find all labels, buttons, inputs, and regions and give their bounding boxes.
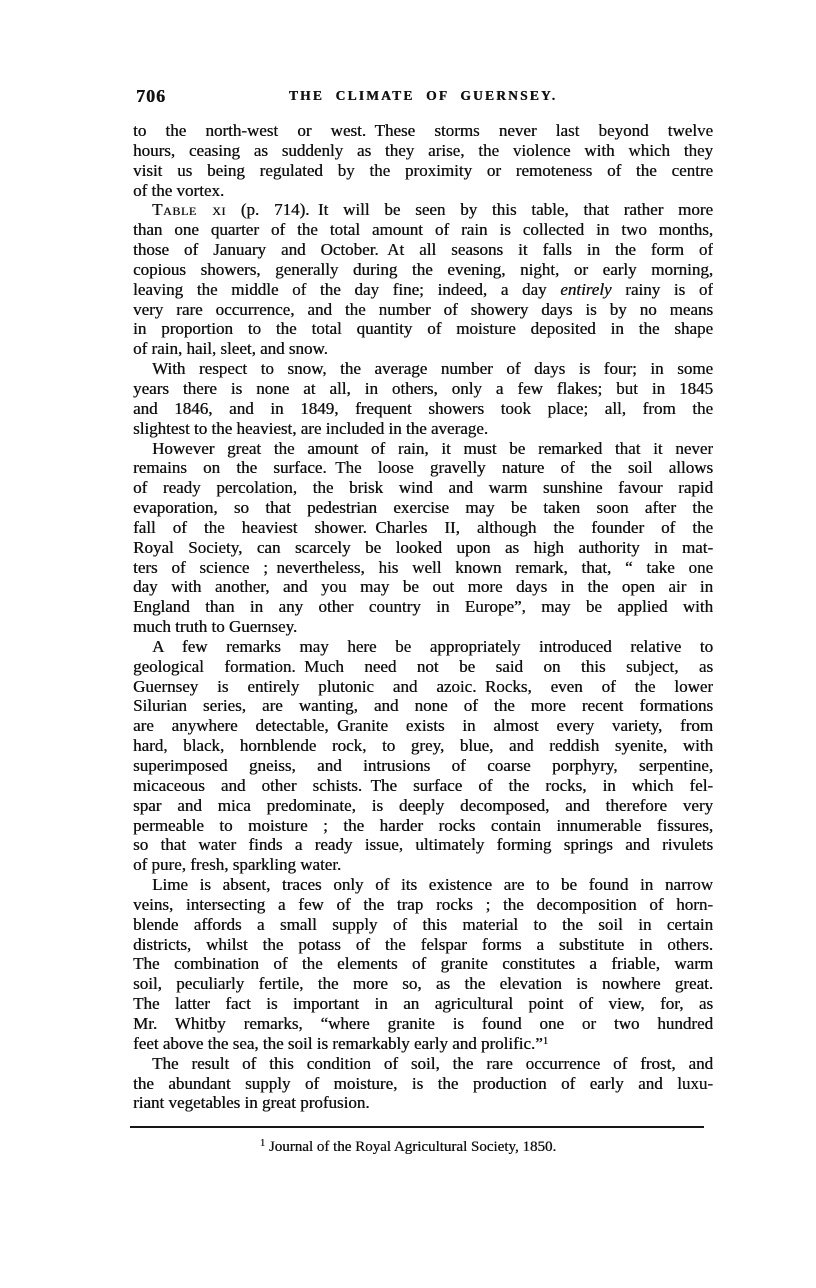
text-line: the abundant supply of moisture, is the …	[133, 1074, 713, 1094]
text-line: of pure, fresh, sparkling water.	[133, 855, 713, 875]
text-line: of ready percolation, the brisk wind and…	[133, 478, 713, 498]
text-line: superimposed gneiss, and intrusions of c…	[133, 756, 713, 776]
text-segment: A few remarks may here be appropriately …	[152, 637, 713, 656]
text-line: The latter fact is important in an agric…	[133, 994, 713, 1014]
text-line: in proportion to the total quantity of m…	[133, 319, 713, 339]
text-line: districts, whilst the potass of the fels…	[133, 935, 713, 955]
scanned-book-page: 706 THE CLIMATE OF GUERNSEY. to the nort…	[0, 0, 816, 1288]
text-line: soil, peculiarly fertile, the more so, a…	[133, 974, 713, 994]
text-line: blende affords a small supply of this ma…	[133, 915, 713, 935]
text-line: and 1846, and in 1849, frequent showers …	[133, 399, 713, 419]
text-segment: the abundant supply of moisture, is the …	[133, 1074, 713, 1093]
text-line: ters of science ; nevertheless, his well…	[133, 558, 713, 578]
text-line: geological formation. Much need not be s…	[133, 657, 713, 677]
text-line: However great the amount of rain, it mus…	[133, 439, 713, 459]
text-segment: blende affords a small supply of this ma…	[133, 915, 713, 934]
text-line: Guernsey is entirely plutonic and azoic.…	[133, 677, 713, 697]
footnote-rule	[130, 1126, 704, 1128]
text-line: visit us being regulated by the proximit…	[133, 161, 713, 181]
text-segment: hours, ceasing as suddenly as they arise…	[133, 141, 713, 160]
text-segment: The latter fact is important in an agric…	[133, 994, 713, 1013]
text-segment: very rare occurrence, and the number of …	[133, 300, 713, 319]
paragraph: With respect to snow, the average number…	[133, 359, 713, 438]
text-line: Table xi (p. 714). It will be seen by th…	[133, 200, 713, 220]
text-line: England than in any other country in Eur…	[133, 597, 713, 617]
text-line: than one quarter of the total amount of …	[133, 220, 713, 240]
text-segment: of pure, fresh, sparkling water.	[133, 855, 341, 874]
text-line: copious showers, generally during the ev…	[133, 260, 713, 280]
text-line: slightest to the heaviest, are included …	[133, 419, 713, 439]
text-line: those of January and October. At all sea…	[133, 240, 713, 260]
text-line: Silurian series, are wanting, and none o…	[133, 696, 713, 716]
text-segment: of rain, hail, sleet, and snow.	[133, 339, 328, 358]
text-line: of the vortex.	[133, 181, 713, 201]
text-segment: Mr. Whitby remarks, “where granite is fo…	[133, 1014, 713, 1033]
text-segment: England than in any other country in Eur…	[133, 597, 713, 616]
text-segment: leaving the middle of the day fine; inde…	[133, 280, 560, 299]
text-segment: fall of the heaviest shower. Charles II,…	[133, 518, 713, 537]
text-segment: evaporation, so that pedestrian exercise…	[133, 498, 713, 517]
paragraph: Table xi (p. 714). It will be seen by th…	[133, 200, 713, 359]
text-segment: to the north-west or west. These storms …	[133, 121, 713, 140]
text-segment: Guernsey is entirely plutonic and azoic.…	[133, 677, 713, 696]
text-segment: With respect to snow, the average number…	[152, 359, 713, 378]
body-text: to the north-west or west. These storms …	[133, 121, 713, 1113]
text-line: With respect to snow, the average number…	[133, 359, 713, 379]
text-segment: in proportion to the total quantity of m…	[133, 319, 713, 338]
text-line: day with another, and you may be out mor…	[133, 577, 713, 597]
text-segment: remains on the surface. The loose gravel…	[133, 458, 713, 477]
text-line: Royal Society, can scarcely be looked up…	[133, 538, 713, 558]
paragraph: Lime is absent, traces only of its exist…	[133, 875, 713, 1054]
text-segment: However great the amount of rain, it mus…	[152, 439, 713, 458]
text-segment: geological formation. Much need not be s…	[133, 657, 713, 676]
text-line: to the north-west or west. These storms …	[133, 121, 713, 141]
paragraph: The result of this condition of soil, th…	[133, 1054, 713, 1114]
text-segment: The result of this condition of soil, th…	[152, 1054, 713, 1073]
text-line: leaving the middle of the day fine; inde…	[133, 280, 713, 300]
text-segment: visit us being regulated by the proximit…	[133, 161, 713, 180]
text-segment: rainy is of	[612, 280, 714, 299]
text-segment: superimposed gneiss, and intrusions of c…	[133, 756, 713, 775]
text-line: Lime is absent, traces only of its exist…	[133, 875, 713, 895]
text-segment: spar and mica predominate, is deeply dec…	[133, 796, 713, 815]
text-line: The result of this condition of soil, th…	[133, 1054, 713, 1074]
text-line: hard, black, hornblende rock, to grey, b…	[133, 736, 713, 756]
running-title: THE CLIMATE OF GUERNSEY.	[133, 88, 713, 104]
text-line: Mr. Whitby remarks, “where granite is fo…	[133, 1014, 713, 1034]
text-segment: permeable to moisture ; the harder rocks…	[133, 816, 713, 835]
text-line: very rare occurrence, and the number of …	[133, 300, 713, 320]
footnote-text: Journal of the Royal Agricultural Societ…	[265, 1139, 556, 1155]
text-line: hours, ceasing as suddenly as they arise…	[133, 141, 713, 161]
text-segment: years there is none at all, in others, o…	[133, 379, 713, 398]
text-line: micaceous and other schists. The surface…	[133, 776, 713, 796]
text-line: The combination of the elements of grani…	[133, 954, 713, 974]
text-segment: ters of science ; nevertheless, his well…	[133, 558, 713, 577]
paragraph: However great the amount of rain, it mus…	[133, 439, 713, 637]
text-line: much truth to Guernsey.	[133, 617, 713, 637]
text-segment: feet above the sea, the soil is remarkab…	[133, 1034, 543, 1053]
text-segment: districts, whilst the potass of the fels…	[133, 935, 713, 954]
text-line: spar and mica predominate, is deeply dec…	[133, 796, 713, 816]
text-segment: veins, intersecting a few of the trap ro…	[133, 895, 713, 914]
text-line: years there is none at all, in others, o…	[133, 379, 713, 399]
text-segment: of the vortex.	[133, 181, 224, 200]
text-line: evaporation, so that pedestrian exercise…	[133, 498, 713, 518]
text-segment: so that water finds a ready issue, ultim…	[133, 835, 713, 854]
text-line: remains on the surface. The loose gravel…	[133, 458, 713, 478]
text-segment: Lime is absent, traces only of its exist…	[152, 875, 713, 894]
text-segment: hard, black, hornblende rock, to grey, b…	[133, 736, 713, 755]
text-line: of rain, hail, sleet, and snow.	[133, 339, 713, 359]
text-segment: slightest to the heaviest, are included …	[133, 419, 488, 438]
text-segment: Silurian series, are wanting, and none o…	[133, 696, 713, 715]
text-line: fall of the heaviest shower. Charles II,…	[133, 518, 713, 538]
text-segment: Royal Society, can scarcely be looked up…	[133, 538, 713, 557]
text-segment: of ready percolation, the brisk wind and…	[133, 478, 713, 497]
text-segment: day with another, and you may be out mor…	[133, 577, 713, 596]
text-segment: entirely	[560, 280, 611, 299]
text-segment: soil, peculiarly fertile, the more so, a…	[133, 974, 713, 993]
text-segment: riant vegetables in great profusion.	[133, 1093, 370, 1112]
text-segment: (p. 714). It will be seen by this table,…	[226, 200, 713, 219]
page-header: 706 THE CLIMATE OF GUERNSEY.	[133, 86, 713, 106]
text-segment: 1	[543, 1036, 548, 1047]
paragraph: A few remarks may here be appropriately …	[133, 637, 713, 875]
text-line: are anywhere detectable, Granite exists …	[133, 716, 713, 736]
text-line: veins, intersecting a few of the trap ro…	[133, 895, 713, 915]
text-segment: than one quarter of the total amount of …	[133, 220, 713, 239]
text-line: A few remarks may here be appropriately …	[133, 637, 713, 657]
text-segment: Table xi	[152, 200, 226, 219]
text-segment: copious showers, generally during the ev…	[133, 260, 713, 279]
text-line: feet above the sea, the soil is remarkab…	[133, 1034, 713, 1054]
text-segment: those of January and October. At all sea…	[133, 240, 713, 259]
paragraph: to the north-west or west. These storms …	[133, 121, 713, 200]
text-line: so that water finds a ready issue, ultim…	[133, 835, 713, 855]
text-segment: micaceous and other schists. The surface…	[133, 776, 713, 795]
text-segment: are anywhere detectable, Granite exists …	[133, 716, 713, 735]
footnote: 1 Journal of the Royal Agricultural Soci…	[118, 1139, 698, 1156]
text-segment: The combination of the elements of grani…	[133, 954, 713, 973]
text-line: riant vegetables in great profusion.	[133, 1093, 713, 1113]
text-segment: much truth to Guernsey.	[133, 617, 297, 636]
text-segment: and 1846, and in 1849, frequent showers …	[133, 399, 713, 418]
text-line: permeable to moisture ; the harder rocks…	[133, 816, 713, 836]
